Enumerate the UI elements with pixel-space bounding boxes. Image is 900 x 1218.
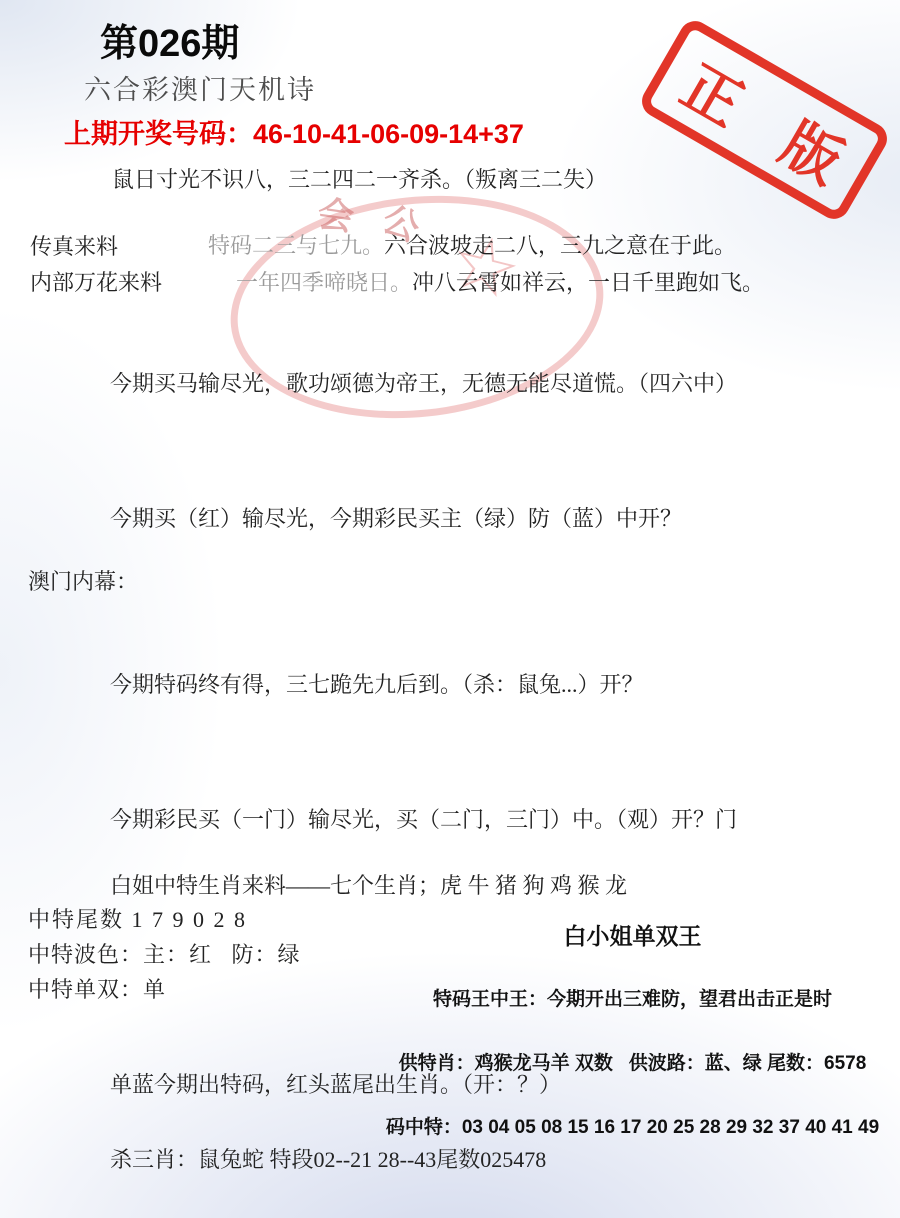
- poem-line-6: 单蓝今期出特码，红头蓝尾出生肖。（开：？）: [110, 1068, 561, 1099]
- stamp-char-left: 正: [669, 40, 761, 142]
- stat-wave-color: 中特波色：主：红 防：绿: [28, 938, 301, 969]
- internal-main-segment: 冲八云霄如祥云，一日千里跑如飞。: [412, 270, 764, 295]
- genuine-stamp: 正 版: [636, 15, 893, 224]
- stat-single-double: 中特单双：单: [28, 973, 166, 1004]
- macau-insider-label: 澳门内幕：: [28, 565, 138, 596]
- last-draw-numbers: 46-10-41-06-09-14+37: [253, 119, 524, 149]
- page-subtitle: 六合彩澳门天机诗: [84, 68, 316, 107]
- stat-tail-numbers: 中特尾数 1 7 9 0 2 8: [28, 903, 247, 934]
- last-draw-label: 上期开奖号码：: [64, 119, 253, 149]
- panel-line-king: 特码王中王：今期开出三难防，望君出击正是时: [375, 986, 890, 1014]
- panel-line-numbers: 码中特：03 04 05 08 15 16 17 20 25 28 29 32 …: [375, 1114, 890, 1142]
- lottery-sheet-page: 会 公 ☆ 第026期 六合彩澳门天机诗 上期开奖号码：46-10-41-06-…: [0, 0, 900, 1218]
- fax-source-text: 特码二三与七九。六合波坡走二八，三九之意在于此。: [208, 229, 736, 260]
- panel-title: 白小姐单双王: [375, 922, 890, 950]
- internal-faded-segment: 一年四季啼晓日。: [236, 270, 412, 295]
- last-draw-line: 上期开奖号码：46-10-41-06-09-14+37: [64, 112, 524, 151]
- internal-source-text: 一年四季啼晓日。冲八云霄如祥云，一日千里跑如飞。: [236, 266, 764, 297]
- poem-line-2: 今期买马输尽光，歌功颂德为帝王，无德无能尽道慌。（四六中）: [110, 367, 737, 398]
- fax-main-segment: 六合波坡走二八，三九之意在于此。: [384, 233, 736, 258]
- issue-title: 第026期: [100, 12, 239, 67]
- internal-source-label: 内部万花来料: [30, 266, 162, 297]
- poem-line-7: 杀三肖：鼠兔蛇 特段02--21 28--43尾数025478: [110, 1143, 546, 1174]
- poem-line-4: 今期特码终有得，三七跪先九后到。（杀：鼠兔...）开？: [110, 668, 644, 699]
- poem-line-1: 鼠日寸光不识八，三二四二一齐杀。（叛离三二失）: [112, 163, 607, 194]
- poem-line-5: 今期彩民买（一门）输尽光，买（二门，三门）中。（观）开？门: [110, 803, 737, 834]
- poem-line-3: 今期买（红）输尽光，今期彩民买主（绿）防（蓝）中开？: [110, 502, 682, 533]
- fax-source-label: 传真来料: [30, 230, 118, 261]
- fax-faded-segment: 特码二三与七九。: [208, 233, 384, 258]
- stamp-char-right: 版: [768, 98, 860, 200]
- miss-white-panel: 白小姐单双王 特码王中王：今期开出三难防，望君出击正是时 供特肖：鸡猴龙马羊 双…: [375, 886, 890, 1178]
